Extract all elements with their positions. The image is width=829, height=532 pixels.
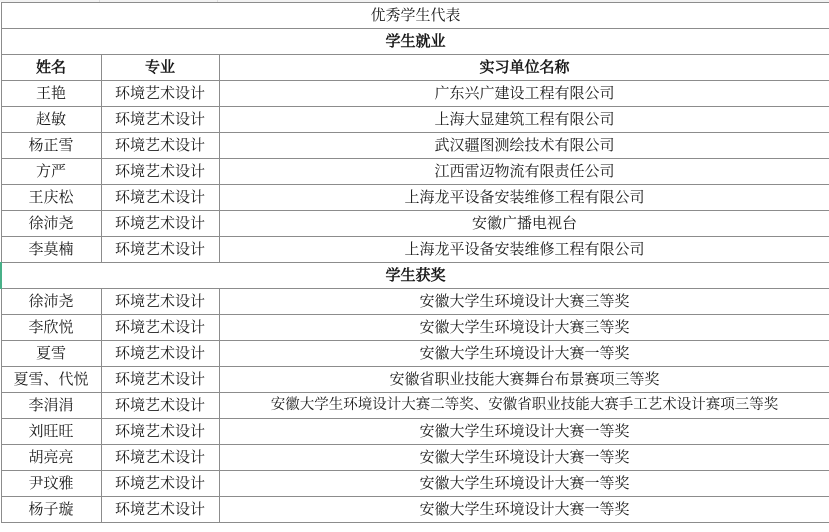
cell-award[interactable]: 安徽大学生环境设计大赛三等奖 [219, 315, 829, 341]
cell-major[interactable]: 环境艺术设计 [101, 419, 219, 445]
spreadsheet-table: 优秀学生代表 学生就业 姓名 专业 实习单位名称 王艳 环境艺术设计 广东兴广建… [0, 2, 829, 523]
cell-major[interactable]: 环境艺术设计 [101, 367, 219, 393]
cell-name[interactable]: 刘旺旺 [1, 419, 101, 445]
cell-major[interactable]: 环境艺术设计 [101, 133, 219, 159]
cell-name[interactable]: 李欣悦 [1, 315, 101, 341]
cell-major[interactable]: 环境艺术设计 [101, 107, 219, 133]
cell-major[interactable]: 环境艺术设计 [101, 471, 219, 497]
section-title-awards[interactable]: 学生获奖 [1, 263, 829, 289]
table-row: 刘旺旺 环境艺术设计 安徽大学生环境设计大赛一等奖 [1, 419, 829, 445]
cell-major[interactable]: 环境艺术设计 [101, 315, 219, 341]
table-row: 胡亮亮 环境艺术设计 安徽大学生环境设计大赛一等奖 [1, 445, 829, 471]
cell-name[interactable]: 王艳 [1, 81, 101, 107]
cell-unit[interactable]: 安徽广播电视台 [219, 211, 829, 237]
cell-major[interactable]: 环境艺术设计 [101, 497, 219, 523]
table-row: 夏雪、代悦 环境艺术设计 安徽省职业技能大赛舞台布景赛项三等奖 [1, 367, 829, 393]
cell-unit[interactable]: 广东兴广建设工程有限公司 [219, 81, 829, 107]
cell-name[interactable]: 夏雪 [1, 341, 101, 367]
table-row: 夏雪 环境艺术设计 安徽大学生环境设计大赛一等奖 [1, 341, 829, 367]
table-row: 王艳 环境艺术设计 广东兴广建设工程有限公司 [1, 81, 829, 107]
cell-award[interactable]: 安徽大学生环境设计大赛一等奖 [219, 419, 829, 445]
title-row: 优秀学生代表 [1, 3, 829, 29]
table-row: 方严 环境艺术设计 江西雷迈物流有限责任公司 [1, 159, 829, 185]
cell-major[interactable]: 环境艺术设计 [101, 445, 219, 471]
table-row: 李欣悦 环境艺术设计 安徽大学生环境设计大赛三等奖 [1, 315, 829, 341]
cell-major[interactable]: 环境艺术设计 [101, 341, 219, 367]
cell-name[interactable]: 尹玟雅 [1, 471, 101, 497]
table-row: 徐沛尧 环境艺术设计 安徽大学生环境设计大赛三等奖 [1, 289, 829, 315]
table-row: 王庆松 环境艺术设计 上海龙平设备安装维修工程有限公司 [1, 185, 829, 211]
cell-award[interactable]: 安徽大学生环境设计大赛一等奖 [219, 445, 829, 471]
cell-major[interactable]: 环境艺术设计 [101, 289, 219, 315]
header-name[interactable]: 姓名 [1, 55, 101, 81]
cell-major[interactable]: 环境艺术设计 [101, 393, 219, 419]
table-row: 李涓涓 环境艺术设计 安徽大学生环境设计大赛二等奖、安徽省职业技能大赛手工艺术设… [1, 393, 829, 419]
table-row: 杨子璇 环境艺术设计 安徽大学生环境设计大赛一等奖 [1, 497, 829, 523]
cell-unit[interactable]: 上海龙平设备安装维修工程有限公司 [219, 237, 829, 263]
header-major[interactable]: 专业 [101, 55, 219, 81]
cell-major[interactable]: 环境艺术设计 [101, 185, 219, 211]
cell-unit[interactable]: 上海大显建筑工程有限公司 [219, 107, 829, 133]
cell-award[interactable]: 安徽大学生环境设计大赛一等奖 [219, 497, 829, 523]
header-unit[interactable]: 实习单位名称 [219, 55, 829, 81]
cell-name[interactable]: 李莫楠 [1, 237, 101, 263]
cell-award[interactable]: 安徽大学生环境设计大赛一等奖 [219, 471, 829, 497]
cell-name[interactable]: 杨正雪 [1, 133, 101, 159]
cell-name[interactable]: 徐沛尧 [1, 211, 101, 237]
cell-major[interactable]: 环境艺术设计 [101, 237, 219, 263]
sheet-title[interactable]: 优秀学生代表 [1, 3, 829, 29]
cell-name[interactable]: 杨子璇 [1, 497, 101, 523]
cell-award[interactable]: 安徽省职业技能大赛舞台布景赛项三等奖 [219, 367, 829, 393]
header-row: 姓名 专业 实习单位名称 [1, 55, 829, 81]
cell-unit[interactable]: 上海龙平设备安装维修工程有限公司 [219, 185, 829, 211]
section-row-employment: 学生就业 [1, 29, 829, 55]
cell-award[interactable]: 安徽大学生环境设计大赛一等奖 [219, 341, 829, 367]
cell-major[interactable]: 环境艺术设计 [101, 81, 219, 107]
cell-award[interactable]: 安徽大学生环境设计大赛三等奖 [219, 289, 829, 315]
table-row: 杨正雪 环境艺术设计 武汉疆图测绘技术有限公司 [1, 133, 829, 159]
cell-major[interactable]: 环境艺术设计 [101, 159, 219, 185]
cell-unit[interactable]: 江西雷迈物流有限责任公司 [219, 159, 829, 185]
cell-name[interactable]: 胡亮亮 [1, 445, 101, 471]
section-row-awards: 学生获奖 [1, 263, 829, 289]
cell-name[interactable]: 徐沛尧 [1, 289, 101, 315]
table-row: 徐沛尧 环境艺术设计 安徽广播电视台 [1, 211, 829, 237]
cell-name[interactable]: 王庆松 [1, 185, 101, 211]
cell-award[interactable]: 安徽大学生环境设计大赛二等奖、安徽省职业技能大赛手工艺术设计赛项三等奖 [219, 393, 829, 419]
table-row: 李莫楠 环境艺术设计 上海龙平设备安装维修工程有限公司 [1, 237, 829, 263]
section-title-employment[interactable]: 学生就业 [1, 29, 829, 55]
table-row: 尹玟雅 环境艺术设计 安徽大学生环境设计大赛一等奖 [1, 471, 829, 497]
table-row: 赵敏 环境艺术设计 上海大显建筑工程有限公司 [1, 107, 829, 133]
cell-name[interactable]: 方严 [1, 159, 101, 185]
cell-major[interactable]: 环境艺术设计 [101, 211, 219, 237]
cell-name[interactable]: 夏雪、代悦 [1, 367, 101, 393]
cell-name[interactable]: 李涓涓 [1, 393, 101, 419]
cell-unit[interactable]: 武汉疆图测绘技术有限公司 [219, 133, 829, 159]
cell-name[interactable]: 赵敏 [1, 107, 101, 133]
